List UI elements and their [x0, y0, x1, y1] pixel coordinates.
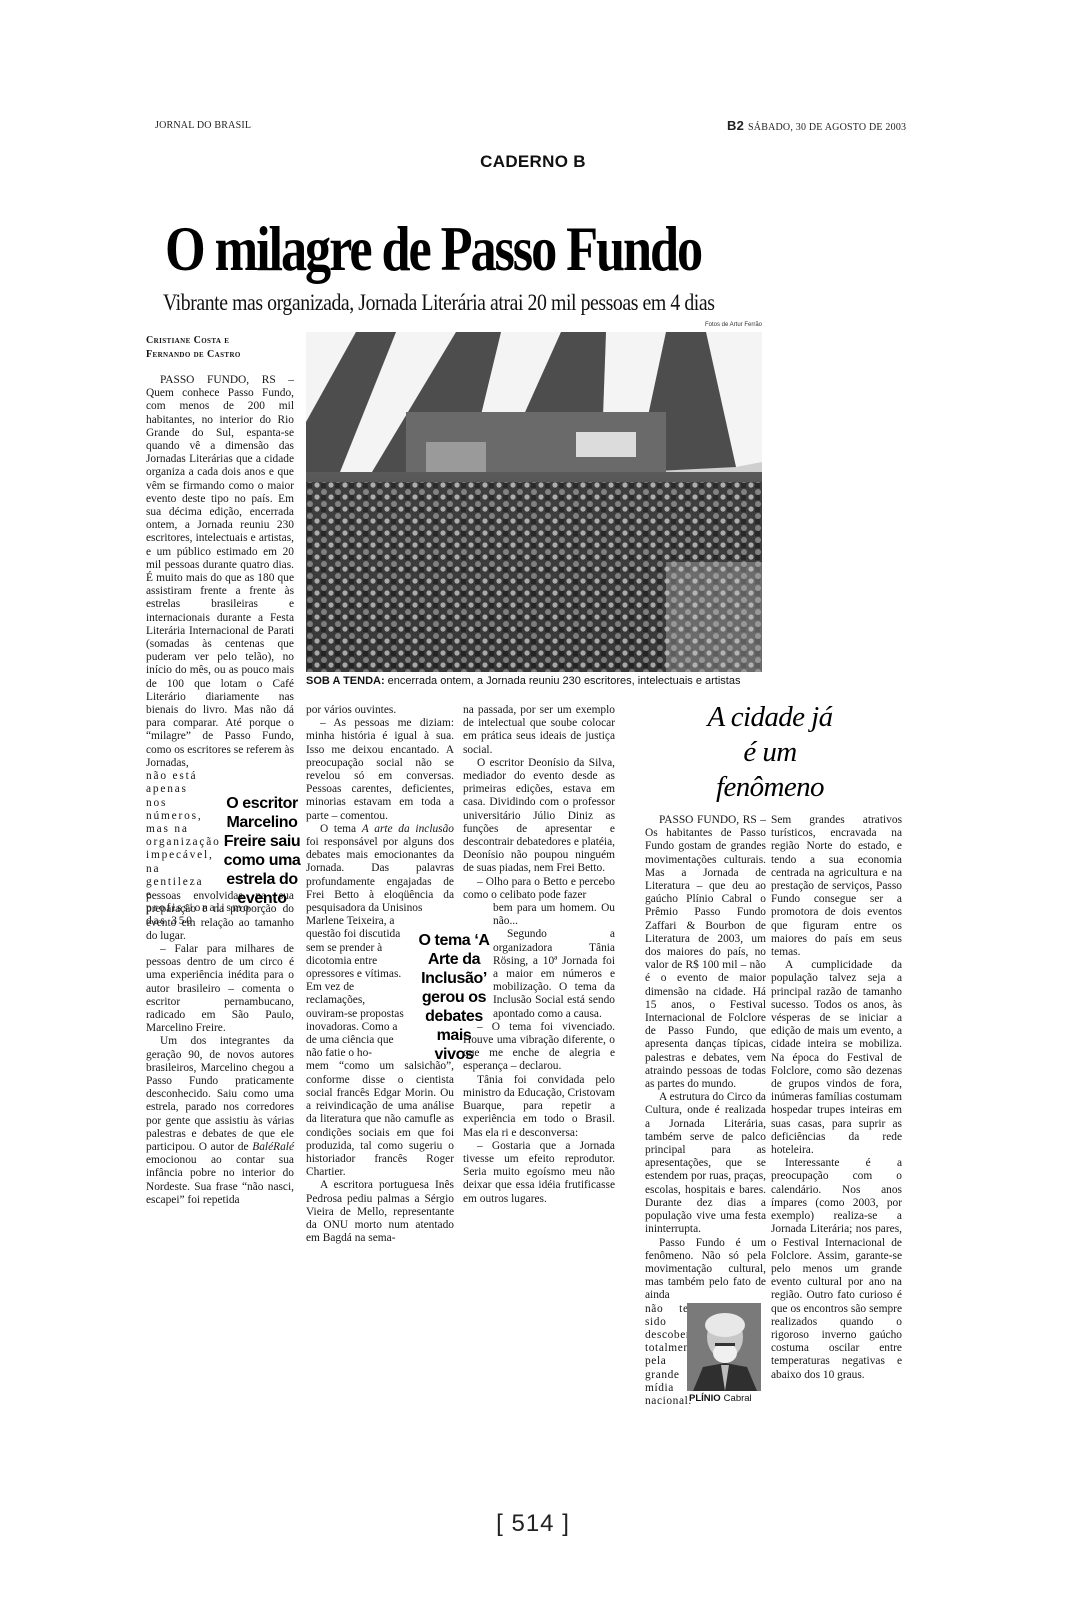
portrait-caption: PLÍNIOCabral: [689, 1393, 752, 1404]
paragraph: O tema A arte da inclusão foi responsáve…: [306, 823, 454, 915]
crowd-photo-icon: [306, 332, 762, 672]
paragraph: – Falar para milhares de pessoas dentro …: [146, 943, 294, 1035]
page-number: B2: [727, 118, 744, 133]
pullquote-marcelino: O escritor Marcelino Freire saiu como um…: [213, 794, 311, 908]
caption-label: SOB A TENDA:: [306, 675, 385, 687]
page-folio: [ 514 ]: [0, 1510, 1066, 1538]
portrait-image: [687, 1303, 761, 1391]
portrait-name: Cabral: [724, 1393, 752, 1404]
paragraph: PASSO FUNDO, RS – Os habitantes de Passo…: [645, 814, 766, 1091]
photo-credit: Fotos de Artur Ferrão: [640, 322, 762, 328]
photo-caption: SOB A TENDA:encerrada ontem, a Jornada r…: [306, 675, 740, 687]
article-column-1: PASSO FUNDO, RS – Quem conhece Passo Fun…: [146, 374, 294, 1207]
paragraph: não está apenas nos números, mas na orga…: [146, 770, 208, 928]
paragraph: Marlene Teixeira, a questão foi discutid…: [306, 915, 404, 1060]
paragraph: A cumplicidade da população talvez seja …: [771, 959, 902, 1157]
paragraph: por vários ouvintes.: [306, 704, 454, 717]
paragraph: A escritora portuguesa Inês Pedrosa pedi…: [306, 1179, 454, 1245]
paragraph: – Olho para o Betto e percebo como o cel…: [463, 876, 615, 902]
paragraph: – O tema foi vivenciado. Houve uma vibra…: [463, 1021, 615, 1074]
publication-date: SÁBADO, 30 DE AGOSTO DE 2003: [748, 122, 906, 133]
sidebar-title: A cidade já é um fenômeno: [700, 700, 840, 805]
paragraph: PASSO FUNDO, RS – Quem conhece Passo Fun…: [146, 374, 294, 770]
section-name: CADERNO B: [0, 152, 1066, 172]
tent-crowd-image: [306, 332, 762, 672]
indented-block: bem para um homem. Ou não... Segundo a o…: [463, 902, 615, 1021]
paragraph: Tânia foi convidada pelo ministro da Edu…: [463, 1074, 615, 1140]
headline: O milagre de Passo Fundo: [165, 218, 701, 281]
paragraph: – Gostaria que a Jornada tivesse um efei…: [463, 1140, 615, 1206]
caption-text: encerrada ontem, a Jornada reuniu 230 es…: [388, 675, 741, 687]
byline-author-1: Cristiane Costa e: [146, 334, 241, 348]
paragraph: bem para um homem. Ou não...: [493, 902, 615, 928]
newspaper-name: JORNAL DO BRASIL: [155, 120, 251, 131]
theme-title: A arte da inclusão: [362, 823, 454, 835]
paragraph: Interessante é a preocupação com o calen…: [771, 1157, 902, 1381]
book-title: BaléRalé: [252, 1141, 294, 1153]
paragraph: não ter sido descoberta totalmente pela …: [645, 1303, 693, 1409]
paragraph: A estrutura do Circo da Cultura, onde é …: [645, 1091, 766, 1236]
sidebar-column-2: Sem grandes atrativos turísticos, encrav…: [771, 814, 902, 1382]
paragraph: Passo Fundo é um fenômeno. Não só pela m…: [645, 1237, 766, 1303]
paragraph: Um dos integrantes da geração 90, de nov…: [146, 1035, 294, 1207]
paragraph: Sem grandes atrativos turísticos, encrav…: [771, 814, 902, 959]
article-column-3: na passada, por ser um exemplo de intele…: [463, 704, 615, 1206]
paragraph: mem “como um salsichão”, conforme disse …: [306, 1060, 454, 1179]
portrait-label: PLÍNIO: [689, 1393, 721, 1404]
subheadline: Vibrante mas organizada, Jornada Literár…: [163, 290, 714, 316]
byline: Cristiane Costa e Fernando de Castro: [146, 334, 241, 362]
page-header-info: B2SÁBADO, 30 DE AGOSTO DE 2003: [727, 118, 906, 133]
paragraph: O escritor Deonísio da Silva, mediador d…: [463, 757, 615, 876]
portrait-photo-icon: [687, 1303, 761, 1391]
paragraph: – As pessoas me diziam: minha história é…: [306, 717, 454, 823]
byline-author-2: Fernando de Castro: [146, 348, 241, 362]
paragraph: na passada, por ser um exemplo de intele…: [463, 704, 615, 757]
paragraph: Segundo a organizadora Tânia Rösing, a 1…: [493, 928, 615, 1020]
